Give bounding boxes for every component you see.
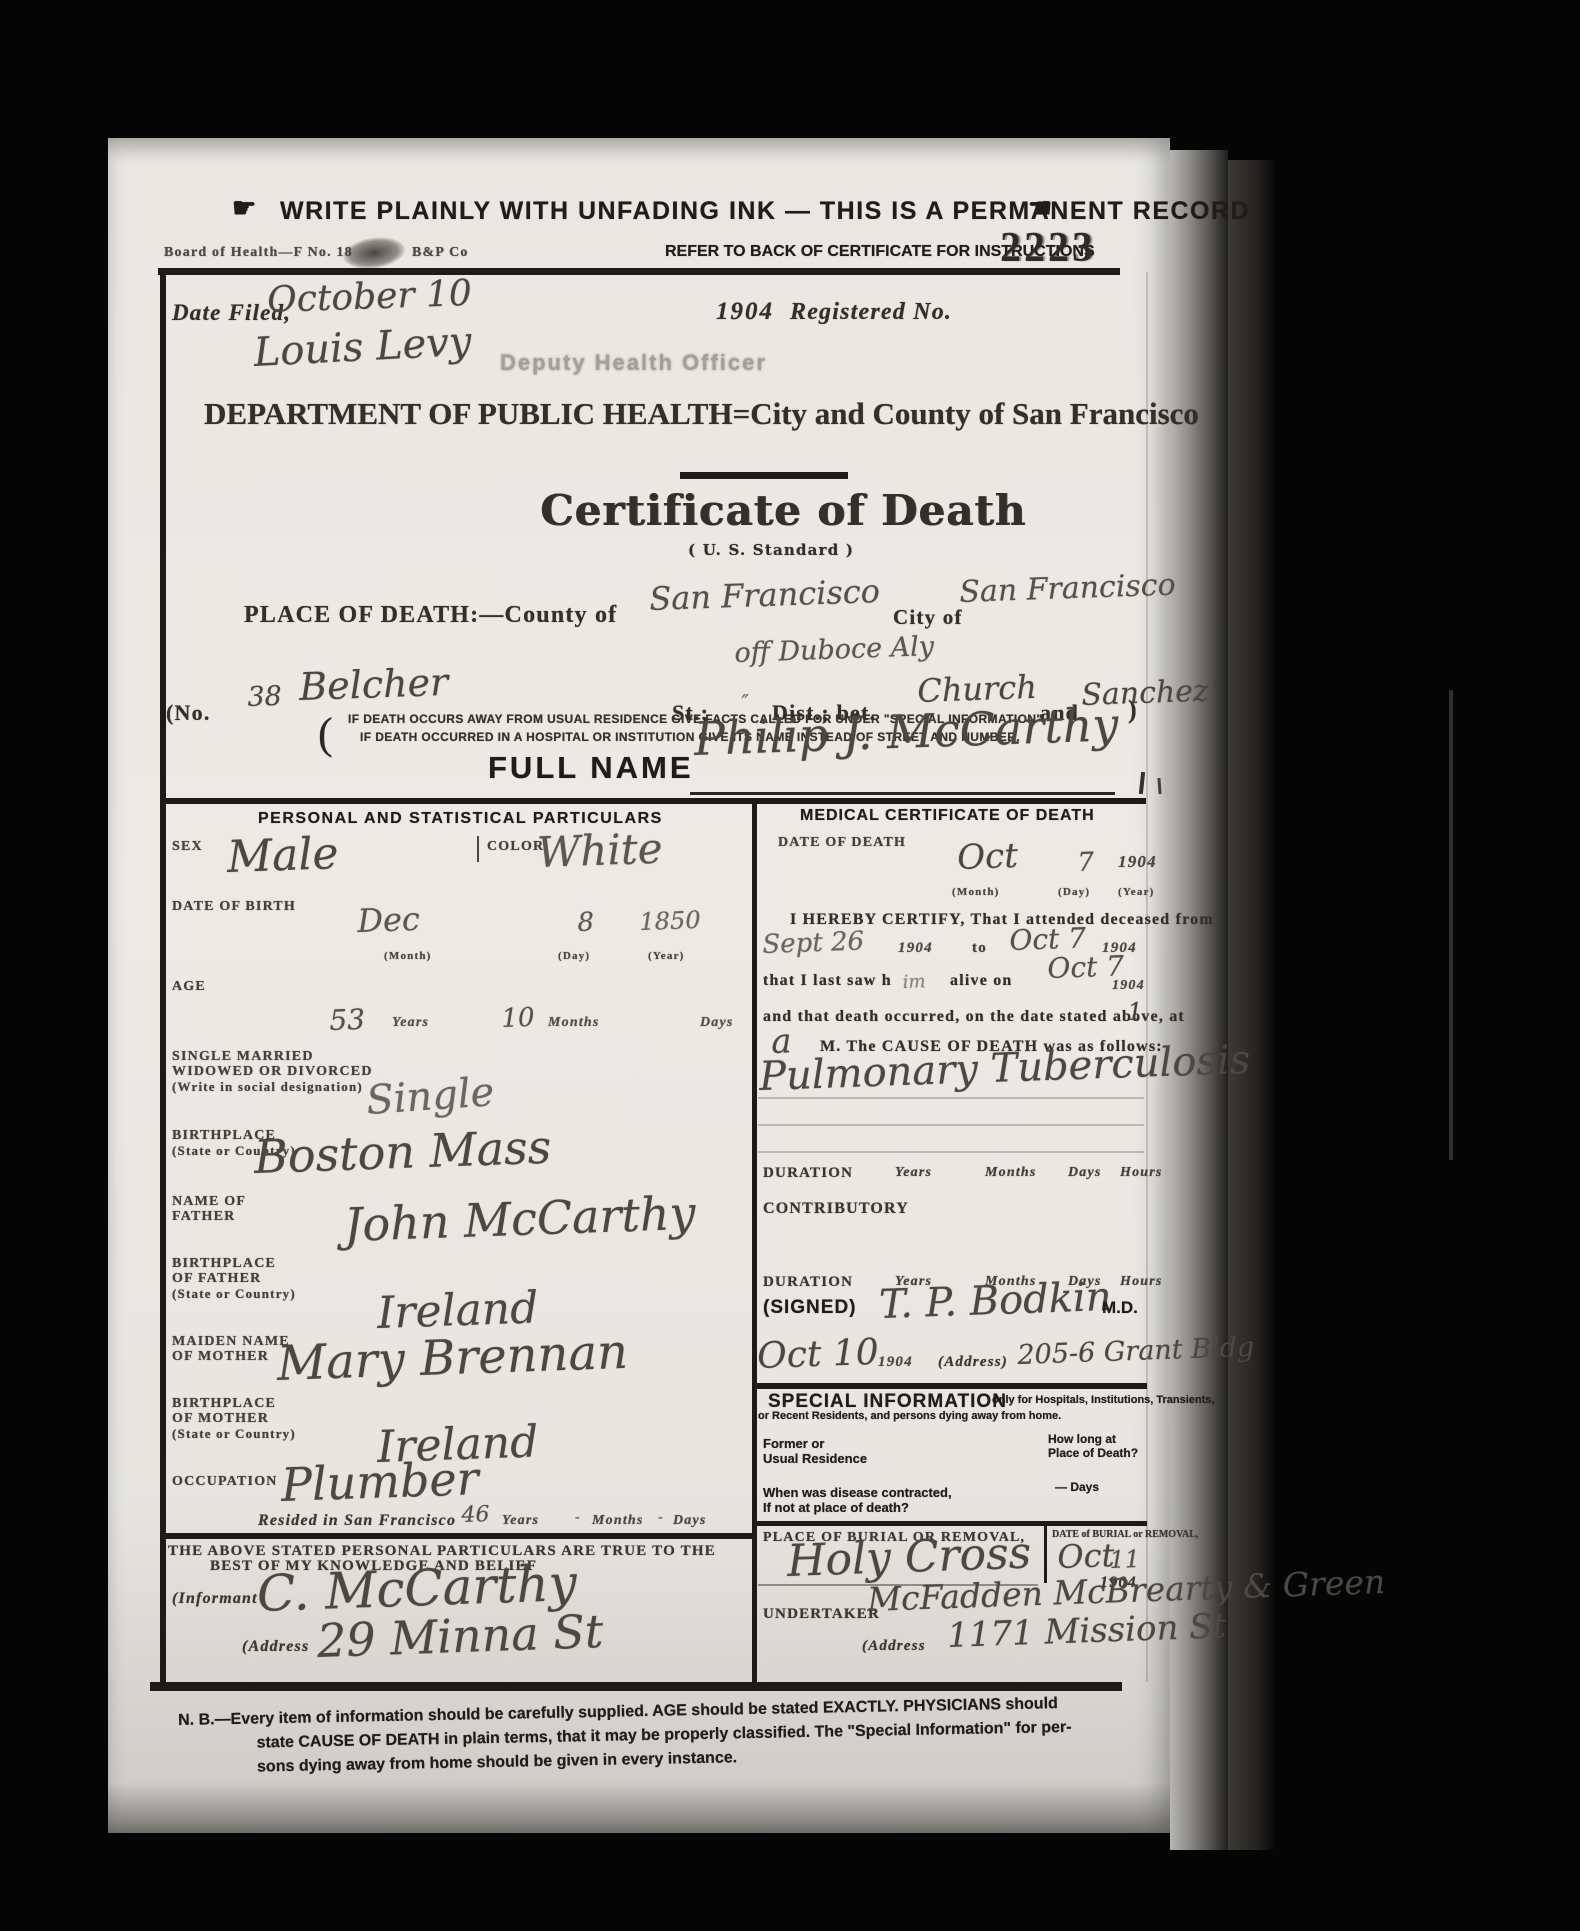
close-paren: ) <box>1128 695 1138 725</box>
sex-label: SEX <box>172 839 203 855</box>
box-bottom-border <box>150 1682 1122 1691</box>
sex-value: Male <box>226 828 339 883</box>
physician-signature: T. P. Bodkin <box>878 1274 1112 1328</box>
mother-birthplace-label-1: BIRTHPLACE <box>172 1396 276 1412</box>
resided-days-caption: Days <box>673 1513 707 1529</box>
resided-days-dash: - <box>658 1510 664 1526</box>
city-of-label: City of <box>893 605 963 630</box>
full-name-underline <box>690 792 1115 795</box>
color-value: White <box>536 824 663 877</box>
date-of-death-day: 7 <box>1077 847 1095 878</box>
form-number: Board of Health—F No. 18 <box>164 245 353 261</box>
father-birthplace-label-3: (State or Country) <box>172 1286 296 1302</box>
attended-from-date: Sept 26 <box>762 926 865 960</box>
contributory-label: CONTRIBUTORY <box>763 1200 909 1218</box>
mother-birthplace-label-2: OF MOTHER <box>172 1411 269 1427</box>
duration2-label: DURATION <box>763 1274 853 1291</box>
attestation-rule <box>160 1533 752 1539</box>
duration2-hours-caption: Hours <box>1120 1274 1163 1290</box>
date-of-death-day-caption: (Day) <box>1058 886 1090 898</box>
marital-value: Single <box>365 1069 496 1124</box>
registered-no-label: Registered No. <box>790 299 952 326</box>
box-right-border <box>1146 272 1148 1682</box>
center-short-rule <box>680 472 848 479</box>
undertaker-address-label: (Address <box>862 1638 926 1655</box>
dob-year-value: 1850 <box>639 906 701 936</box>
scanned-death-certificate: ☛ WRITE PLAINLY WITH UNFADING INK — THIS… <box>0 0 1580 1931</box>
occupation-value: Plumber <box>280 1451 479 1512</box>
deputy-health-officer-stamp: Deputy Health Officer <box>500 350 767 376</box>
street-no-value: 38 <box>247 681 282 713</box>
occurred-hour: 1 <box>1127 997 1143 1026</box>
duration-days-caption: Days <box>1068 1165 1102 1181</box>
marital-label-3: (Write in social designation) <box>172 1079 363 1095</box>
special-info-top-rule <box>753 1383 1147 1389</box>
registered-no-value: 2223 <box>1000 224 1096 272</box>
burial-top-rule <box>753 1521 1147 1526</box>
resided-label: Resided in San Francisco <box>258 1512 456 1530</box>
dob-day-caption: (Day) <box>558 950 590 962</box>
department-title: DEPARTMENT OF PUBLIC HEALTH=City and Cou… <box>204 396 1199 432</box>
writing-line <box>758 1124 1144 1126</box>
age-months-value: 10 <box>501 1003 535 1034</box>
last-saw-year: 1904 <box>1112 978 1145 994</box>
dob-year-caption: (Year) <box>648 950 685 962</box>
last-saw-post: alive on <box>950 972 1013 990</box>
how-long-label-2: Place of Death? <box>1048 1446 1138 1460</box>
occurred-line: and that death occurred, on the date sta… <box>763 1008 1185 1026</box>
certificate-title: Certificate of Death <box>540 486 1026 535</box>
duration-hours-caption: Hours <box>1120 1165 1163 1181</box>
box-left-border <box>160 272 166 1687</box>
father-birthplace-label-1: BIRTHPLACE <box>172 1256 276 1272</box>
signed-address-label: (Address) <box>938 1354 1008 1371</box>
duration-years-caption: Years <box>895 1165 932 1181</box>
informant-address-label: (Address <box>242 1638 309 1656</box>
full-name-label: FULL NAME <box>488 750 694 786</box>
sex-color-divider <box>477 836 479 862</box>
signed-year: 1904 <box>878 1354 913 1371</box>
street-no-label: (No. <box>166 700 211 726</box>
date-of-death-month: Oct <box>957 836 1019 878</box>
informant-address-value: 29 Minna St <box>316 1604 604 1668</box>
columns-top-rule <box>160 798 1146 804</box>
age-label: AGE <box>172 979 206 995</box>
date-of-death-year: 1904 <box>1118 852 1157 872</box>
column-divider <box>752 800 757 1684</box>
pointing-hand-right-icon: ☚ <box>1028 193 1052 224</box>
mother-birthplace-label-3: (State or Country) <box>172 1426 296 1442</box>
pointing-hand-left-icon: ☛ <box>232 193 256 224</box>
note-open-paren: ( <box>318 708 334 759</box>
date-of-death-year-caption: (Year) <box>1118 886 1155 898</box>
burial-date-month: Oct <box>1057 1536 1115 1576</box>
date-of-death-month-caption: (Month) <box>952 886 1000 898</box>
last-saw-pre: that I last saw h <box>763 972 892 990</box>
age-months-caption: Months <box>548 1015 600 1031</box>
form-printer: B&P Co <box>412 245 469 261</box>
marital-label-1: SINGLE MARRIED <box>172 1049 314 1065</box>
writing-line <box>758 1151 1144 1153</box>
resided-months-dash: - <box>575 1510 581 1526</box>
place-of-death-label: PLACE OF DEATH:—County of <box>244 602 617 629</box>
resided-months-caption: Months <box>592 1513 644 1529</box>
mother-name-label-1: MAIDEN NAME <box>172 1334 290 1350</box>
duration-label: DURATION <box>763 1165 853 1182</box>
former-residence-label-1: Former or <box>763 1436 824 1451</box>
duration-months-caption: Months <box>985 1165 1037 1181</box>
how-long-label-1: How long at <box>1048 1432 1116 1446</box>
father-name-label-1: NAME OF <box>172 1194 246 1210</box>
certificate-standard-note: ( U. S. Standard ) <box>688 541 854 559</box>
signed-date: Oct 10 <box>757 1332 880 1377</box>
disease-contracted-label-2: If not at place of death? <box>763 1500 909 1515</box>
medical-header: MEDICAL CERTIFICATE OF DEATH <box>800 807 1095 825</box>
former-residence-label-2: Usual Residence <box>763 1451 867 1466</box>
color-label: COLOR <box>487 839 544 855</box>
date-filed-year: 1904 <box>716 298 774 326</box>
dob-day-value: 8 <box>577 907 595 938</box>
attended-to-label: to <box>972 940 987 957</box>
mother-name-label-2: OF MOTHER <box>172 1349 269 1365</box>
how-long-days-label: — Days <box>1055 1480 1099 1494</box>
signed-label: (SIGNED) <box>763 1297 857 1319</box>
marital-label-2: WIDOWED OR DIVORCED <box>172 1064 373 1080</box>
dob-label: DATE OF BIRTH <box>172 899 296 915</box>
father-name-label-2: FATHER <box>172 1209 235 1225</box>
dob-month-value: Dec <box>357 900 421 940</box>
street-name-value: Belcher <box>298 660 448 709</box>
date-filed-value: October 10 <box>267 273 473 321</box>
age-years-caption: Years <box>392 1015 429 1031</box>
date-of-death-label: DATE OF DEATH <box>778 835 906 851</box>
resided-years-value: 46 <box>461 1502 490 1528</box>
undertaker-label: UNDERTAKER <box>763 1606 880 1623</box>
writing-line <box>758 1097 1144 1099</box>
occupation-label: OCCUPATION <box>172 1474 278 1490</box>
top-rule <box>158 268 1120 275</box>
special-info-note-2: or Recent Residents, and persons dying a… <box>758 1410 1061 1422</box>
father-birthplace-label-2: OF FATHER <box>172 1271 261 1287</box>
age-years-value: 53 <box>329 1003 366 1037</box>
birthplace-value: Boston Mass <box>253 1120 552 1184</box>
book-edge-highlight <box>1449 690 1453 1160</box>
disease-contracted-label-1: When was disease contracted, <box>763 1485 952 1500</box>
attended-from-year: 1904 <box>898 940 933 957</box>
md-label: M.D. <box>1102 1298 1138 1318</box>
banner-title: WRITE PLAINLY WITH UNFADING INK — THIS I… <box>280 197 1250 226</box>
county-value: San Francisco <box>649 572 881 618</box>
dob-month-caption: (Month) <box>384 950 432 962</box>
age-days-caption: Days <box>700 1015 734 1031</box>
last-saw-fill: im <box>902 971 926 993</box>
resided-years-caption: Years <box>502 1513 539 1529</box>
special-info-note-1: only for Hospitals, Institutions, Transi… <box>992 1394 1214 1406</box>
informant-label: (Informant <box>172 1590 258 1608</box>
